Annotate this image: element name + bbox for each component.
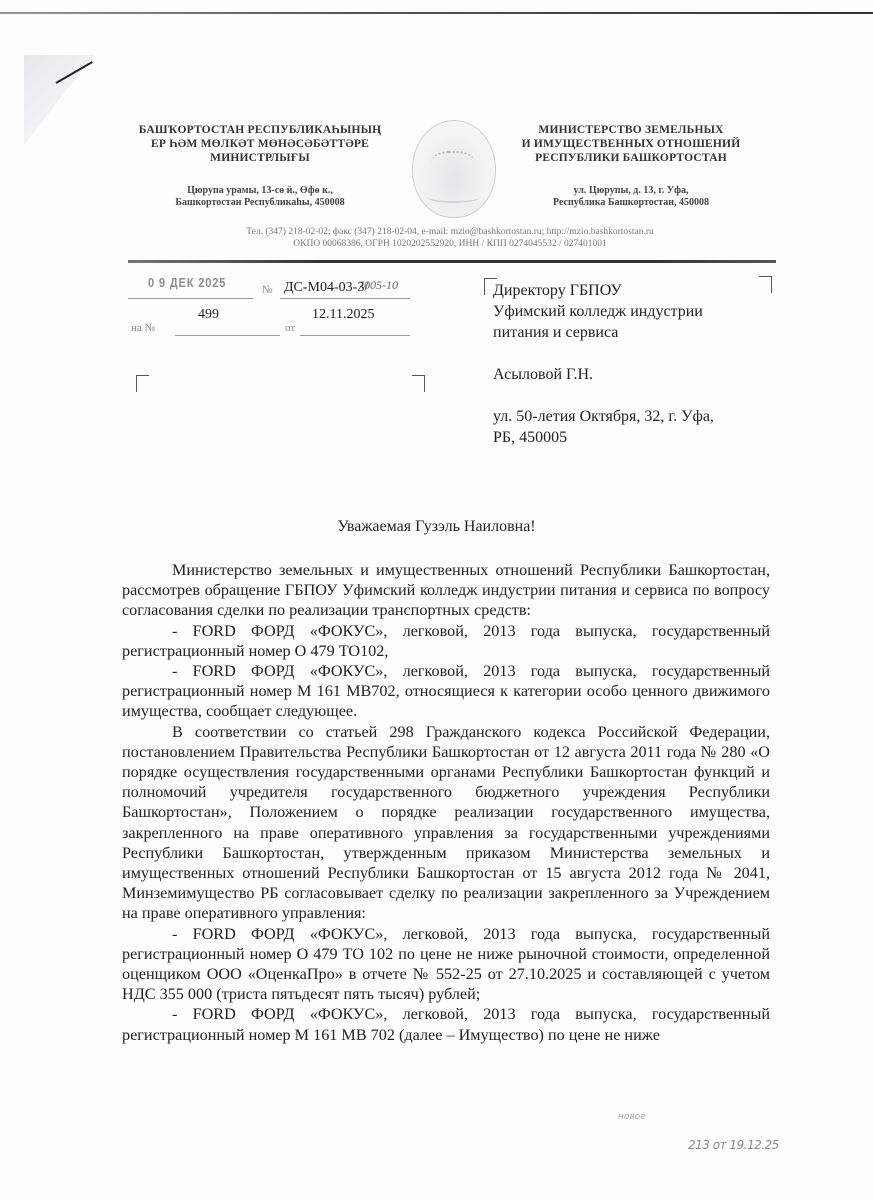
letterhead-left-title-line: МИНИСТРЛЫҒЫ (125, 151, 395, 165)
salutation: Уважаемая Гузэль Наиловна! (0, 518, 873, 536)
requisites-line: ОКПО 00068386, ОГРН 1020202552920, ИНН /… (130, 238, 770, 250)
scan-page-edge (0, 12, 873, 14)
addressee-line: Директору ГБПОУ (493, 280, 793, 301)
body-paragraph: В соответствии со статьей 298 Гражданско… (122, 722, 770, 924)
number-label: № (262, 284, 273, 296)
letterhead-left-address-line: Башкортостан Республикаһы, 450008 (125, 197, 395, 209)
number-underline (280, 298, 410, 299)
vehicle-item: - FORD ФОРД «ФОКУС», легковой, 2013 года… (122, 1004, 770, 1044)
addressee-line: питания и сервиса (493, 322, 793, 343)
letterhead-right-address-line: ул. Цюрупы, д. 13, г. Уфа, (500, 185, 762, 197)
emblem-detail (431, 151, 475, 181)
handwritten-incoming-registration: 213 от 19.12.25 (688, 1138, 779, 1152)
vehicle-item: - FORD ФОРД «ФОКУС», легковой, 2013 года… (122, 621, 770, 661)
emblem-base (427, 191, 481, 203)
addressee-address-line: РБ, 450005 (493, 427, 793, 448)
ref-date-value: 12.11.2025 (312, 307, 374, 323)
field-bracket (136, 375, 149, 392)
handwritten-margin-note: новое (618, 1112, 646, 1122)
letterhead-left-title-line: ЕР ҺӘМ МӨЛКӘТ МӨНӘСӘБӘТТӘРЕ (125, 137, 395, 151)
letterhead-contacts: Тел. (347) 218-02-02; факс (347) 218-02-… (130, 226, 770, 250)
date-stamp: 0 9 ДЕК 2025 (148, 275, 226, 290)
addressee-line: Уфимский колледж индустрии (493, 301, 793, 322)
outgoing-number: ДС-М04-03-3/ (284, 280, 368, 296)
handwritten-number: 7005-10 (358, 278, 398, 293)
date-underline (128, 298, 253, 299)
letterhead-right-title-line: МИНИСТЕРСТВО ЗЕМЕЛЬНЫХ (500, 123, 762, 137)
field-bracket (412, 375, 425, 392)
letterhead-right-title-line: И ИМУЩЕСТВЕННЫХ ОТНОШЕНИЙ (500, 137, 762, 151)
ref-number-underline (175, 335, 280, 336)
letterhead-right-title-line: РЕСПУБЛИКИ БАШКОРТОСТАН (500, 151, 762, 165)
addressee-name: Асыловой Г.Н. (493, 364, 793, 385)
vehicle-item: - FORD ФОРД «ФОКУС», легковой, 2013 года… (122, 924, 770, 1005)
ref-number-label: на № (131, 322, 155, 334)
body-paragraph: Министерство земельных и имущественных о… (122, 560, 770, 621)
letter-body: Министерство земельных и имущественных о… (122, 560, 770, 1045)
addressee-block: Директору ГБПОУ Уфимский колледж индустр… (493, 280, 793, 448)
letterhead-divider (128, 260, 776, 263)
letterhead-left-bashkir: БАШҠОРТОСТАН РЕСПУБЛИКАҺЫНЫҢ ЕР ҺӘМ МӨЛК… (125, 123, 395, 209)
ref-date-label: от (285, 322, 295, 334)
ref-number-value: 499 (198, 307, 219, 323)
letterhead-left-address-line: Цюрупа урамы, 13-сө й., Өфө к., (125, 185, 395, 197)
letterhead-right-russian: МИНИСТЕРСТВО ЗЕМЕЛЬНЫХ И ИМУЩЕСТВЕННЫХ О… (500, 123, 762, 209)
letterhead-right-address-line: Республика Башкортостан, 450008 (500, 197, 762, 209)
letterhead-left-title-line: БАШҠОРТОСТАН РЕСПУБЛИКАҺЫНЫҢ (125, 123, 395, 137)
vehicle-item: - FORD ФОРД «ФОКУС», легковой, 2013 года… (122, 661, 770, 722)
addressee-address-line: ул. 50-летия Октября, 32, г. Уфа, (493, 406, 793, 427)
scan-corner-shadow (24, 55, 94, 145)
coat-of-arms-icon (412, 120, 496, 218)
ref-date-underline (300, 335, 410, 336)
contacts-line: Тел. (347) 218-02-02; факс (347) 218-02-… (130, 226, 770, 238)
